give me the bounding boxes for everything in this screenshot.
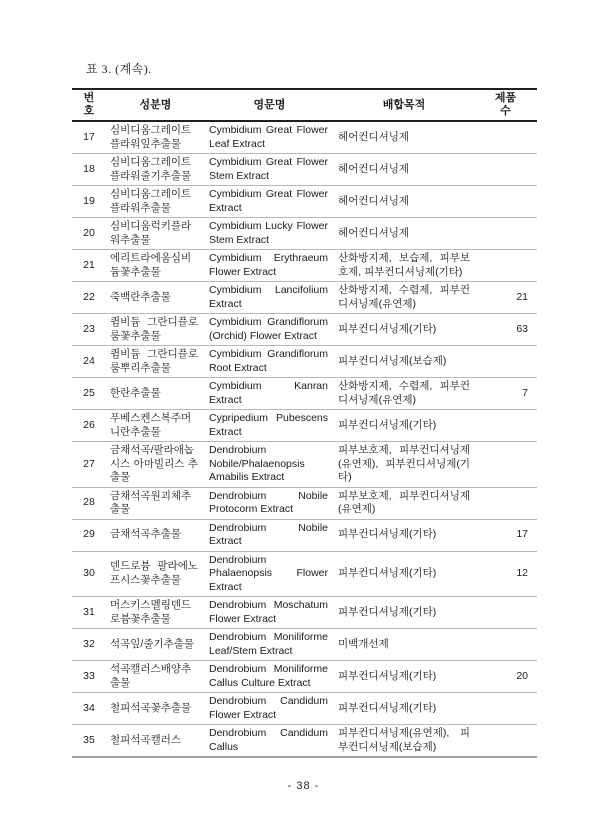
product-count-cell <box>474 597 537 629</box>
product-count-cell: 21 <box>474 282 537 314</box>
ingredient-name-kr-cell: 철피석곡꽃추출물 <box>106 693 205 725</box>
product-count-cell <box>474 442 537 488</box>
ingredient-name-kr-cell: 금채석곡/팔라애놉시스 아마빌리스 추출물 <box>106 442 205 488</box>
product-count-cell <box>474 629 537 661</box>
mixing-purpose-cell: 피부컨디셔닝제(기타) <box>334 661 474 693</box>
mixing-purpose-cell: 피부컨디셔닝제(기타) <box>334 519 474 551</box>
document-page: 표 3. (계속). 번호 성분명 영문명 배합목적 제품수 17 <box>0 0 607 830</box>
row-number-cell: 25 <box>72 378 106 410</box>
row-number-cell: 23 <box>72 314 106 346</box>
table-row: 35 철피석곡캘러스 Dendrobium Candidum Callus 피부… <box>72 725 537 758</box>
ingredient-name-kr-cell: 석곡캘러스배양추출물 <box>106 661 205 693</box>
mixing-purpose-cell: 헤어컨디셔닝제 <box>334 154 474 186</box>
ingredient-name-kr-cell: 머스키스멜링덴드로븀꽃추출물 <box>106 597 205 629</box>
col-header-english-name: 영문명 <box>205 89 334 121</box>
row-number-cell: 34 <box>72 693 106 725</box>
ingredient-name-kr-cell: 덴드로븀 팔라에노프시스꽃추출물 <box>106 551 205 597</box>
product-count-cell: 12 <box>474 551 537 597</box>
table-row: 33 석곡캘러스배양추출물 Dendrobium Moniliforme Cal… <box>72 661 537 693</box>
ingredient-name-en-cell: Cymbidium Great Flower Extract <box>205 186 334 218</box>
table-row: 31 머스키스멜링덴드로븀꽃추출물 Dendrobium Moschatum F… <box>72 597 537 629</box>
ingredient-name-en-cell: Dendrobium Candidum Callus <box>205 725 334 758</box>
mixing-purpose-cell: 피부컨디셔닝제(기타) <box>334 314 474 346</box>
ingredient-name-kr-cell: 심비디움그레이트플라워잎추출물 <box>106 121 205 154</box>
ingredient-name-en-cell: Cymbidium Grandiflorum Root Extract <box>205 346 334 378</box>
ingredient-name-kr-cell: 석곡잎/줄기추출물 <box>106 629 205 661</box>
col-header-ingredient-name: 성분명 <box>106 89 205 121</box>
table-row: 23 큄비듐 그란디플로룸꽃추출물 Cymbidium Grandiflorum… <box>72 314 537 346</box>
row-number-cell: 27 <box>72 442 106 488</box>
mixing-purpose-cell: 피부컨디셔닝제(기타) <box>334 551 474 597</box>
mixing-purpose-cell: 산화방지제, 수렴제, 피부컨디셔닝제(유연제) <box>334 282 474 314</box>
row-number-cell: 33 <box>72 661 106 693</box>
mixing-purpose-cell: 피부컨디셔닝제(유연제), 피부컨디셔닝제(보습제) <box>334 725 474 758</box>
product-count-cell <box>474 693 537 725</box>
col-header-product-count: 제품수 <box>474 89 537 121</box>
row-number-cell: 30 <box>72 551 106 597</box>
ingredient-name-kr-cell: 한란추출물 <box>106 378 205 410</box>
table-row: 18 심비디움그레이트플라워줄기추출물 Cymbidium Great Flow… <box>72 154 537 186</box>
mixing-purpose-cell: 헤어컨디셔닝제 <box>334 121 474 154</box>
ingredient-name-en-cell: Cymbidium Lucky Flower Stem Extract <box>205 218 334 250</box>
table-body: 17 심비디움그레이트플라워잎추출물 Cymbidium Great Flowe… <box>72 121 537 757</box>
ingredient-name-en-cell: Cymbidium Lancifolium Extract <box>205 282 334 314</box>
col-header-product-count-label: 제품수 <box>493 92 518 118</box>
mixing-purpose-cell: 미백개선제 <box>334 629 474 661</box>
mixing-purpose-cell: 헤어컨디셔닝제 <box>334 218 474 250</box>
ingredient-name-en-cell: Dendrobium Candidum Flower Extract <box>205 693 334 725</box>
product-count-cell: 7 <box>474 378 537 410</box>
mixing-purpose-cell: 피부컨디셔닝제(보습제) <box>334 346 474 378</box>
ingredient-name-en-cell: Dendrobium Nobile Extract <box>205 519 334 551</box>
mixing-purpose-cell: 피부컨디셔닝제(기타) <box>334 693 474 725</box>
product-count-cell <box>474 218 537 250</box>
row-number-cell: 19 <box>72 186 106 218</box>
table-row: 20 심비디움럭키플라워추출물 Cymbidium Lucky Flower S… <box>72 218 537 250</box>
table-row: 17 심비디움그레이트플라워잎추출물 Cymbidium Great Flowe… <box>72 121 537 154</box>
product-count-cell <box>474 487 537 519</box>
ingredient-name-kr-cell: 에리트라에움심비듐꽃추출물 <box>106 250 205 282</box>
table-header: 번호 성분명 영문명 배합목적 제품수 <box>72 89 537 121</box>
ingredient-name-kr-cell: 죽백란추출물 <box>106 282 205 314</box>
table-row: 34 철피석곡꽃추출물 Dendrobium Candidum Flower E… <box>72 693 537 725</box>
product-count-cell <box>474 154 537 186</box>
product-count-cell <box>474 346 537 378</box>
row-number-cell: 31 <box>72 597 106 629</box>
col-header-purpose: 배합목적 <box>334 89 474 121</box>
mixing-purpose-cell: 산화방지제, 수렴제, 피부컨디셔닝제(유연제) <box>334 378 474 410</box>
table-caption: 표 3. (계속). <box>86 60 152 77</box>
table-row: 22 죽백란추출물 Cymbidium Lancifolium Extract … <box>72 282 537 314</box>
row-number-cell: 21 <box>72 250 106 282</box>
ingredients-table: 번호 성분명 영문명 배합목적 제품수 17 심비디움그레이트플라워잎추출물 C… <box>72 88 537 758</box>
product-count-cell <box>474 121 537 154</box>
row-number-cell: 35 <box>72 725 106 758</box>
header-row: 번호 성분명 영문명 배합목적 제품수 <box>72 89 537 121</box>
ingredient-name-en-cell: Dendrobium Moniliforme Callus Culture Ex… <box>205 661 334 693</box>
col-header-number: 번호 <box>72 89 106 121</box>
mixing-purpose-cell: 헤어컨디셔닝제 <box>334 186 474 218</box>
page-number: - 38 - <box>0 780 607 792</box>
row-number-cell: 24 <box>72 346 106 378</box>
product-count-cell: 17 <box>474 519 537 551</box>
product-count-cell <box>474 410 537 442</box>
ingredient-name-kr-cell: 큄비듐 그란디플로룸꽃추출물 <box>106 314 205 346</box>
table-row: 25 한란추출물 Cymbidium Kanran Extract 산화방지제,… <box>72 378 537 410</box>
table-row: 29 금채석곡추출물 Dendrobium Nobile Extract 피부컨… <box>72 519 537 551</box>
ingredient-name-kr-cell: 심비디움럭키플라워추출물 <box>106 218 205 250</box>
ingredient-name-en-cell: Dendrobium Nobile Protocorm Extract <box>205 487 334 519</box>
table-row: 26 푸베스켄스복주머니란추출물 Cypripedium Pubescens E… <box>72 410 537 442</box>
mixing-purpose-cell: 산화방지제, 보습제, 피부보호제, 피부컨디셔닝제(기타) <box>334 250 474 282</box>
table-row: 24 큄비듐 그란디플로룸뿌리추출물 Cymbidium Grandifloru… <box>72 346 537 378</box>
ingredient-name-en-cell: Dendrobium Phalaenopsis Flower Extract <box>205 551 334 597</box>
ingredient-name-en-cell: Cymbidium Erythraeum Flower Extract <box>205 250 334 282</box>
product-count-cell: 20 <box>474 661 537 693</box>
product-count-cell <box>474 186 537 218</box>
mixing-purpose-cell: 피부보호제, 피부컨디셔닝제(유연제) <box>334 487 474 519</box>
ingredient-name-kr-cell: 심비디움그레이트플라워줄기추출물 <box>106 154 205 186</box>
table-row: 32 석곡잎/줄기추출물 Dendrobium Moniliforme Leaf… <box>72 629 537 661</box>
row-number-cell: 29 <box>72 519 106 551</box>
table-row: 21 에리트라에움심비듐꽃추출물 Cymbidium Erythraeum Fl… <box>72 250 537 282</box>
row-number-cell: 32 <box>72 629 106 661</box>
product-count-cell: 63 <box>474 314 537 346</box>
ingredient-name-kr-cell: 금채석곡원괴체추출물 <box>106 487 205 519</box>
ingredient-name-kr-cell: 철피석곡캘러스 <box>106 725 205 758</box>
ingredient-name-en-cell: Cymbidium Great Flower Leaf Extract <box>205 121 334 154</box>
table-row: 19 심비디움그레이트플라워추출물 Cymbidium Great Flower… <box>72 186 537 218</box>
product-count-cell <box>474 250 537 282</box>
table-row: 30 덴드로븀 팔라에노프시스꽃추출물 Dendrobium Phalaenop… <box>72 551 537 597</box>
ingredient-name-kr-cell: 금채석곡추출물 <box>106 519 205 551</box>
mixing-purpose-cell: 피부컨디셔닝제(기타) <box>334 410 474 442</box>
ingredient-name-kr-cell: 푸베스켄스복주머니란추출물 <box>106 410 205 442</box>
ingredient-name-en-cell: Dendrobium Nobile/Phalaenopsis Amabilis … <box>205 442 334 488</box>
ingredient-name-en-cell: Cymbidium Kanran Extract <box>205 378 334 410</box>
row-number-cell: 26 <box>72 410 106 442</box>
table-row: 28 금채석곡원괴체추출물 Dendrobium Nobile Protocor… <box>72 487 537 519</box>
mixing-purpose-cell: 피부보호제, 피부컨디셔닝제(유연제), 피부컨디셔닝제(기타) <box>334 442 474 488</box>
row-number-cell: 22 <box>72 282 106 314</box>
row-number-cell: 28 <box>72 487 106 519</box>
row-number-cell: 20 <box>72 218 106 250</box>
product-count-cell <box>474 725 537 758</box>
ingredient-name-en-cell: Cypripedium Pubescens Extract <box>205 410 334 442</box>
ingredient-name-en-cell: Cymbidium Grandiflorum (Orchid) Flower E… <box>205 314 334 346</box>
ingredient-name-kr-cell: 심비디움그레이트플라워추출물 <box>106 186 205 218</box>
col-header-number-label: 번호 <box>83 92 96 118</box>
table-row: 27 금채석곡/팔라애놉시스 아마빌리스 추출물 Dendrobium Nobi… <box>72 442 537 488</box>
row-number-cell: 18 <box>72 154 106 186</box>
ingredient-name-en-cell: Dendrobium Moschatum Flower Extract <box>205 597 334 629</box>
ingredient-name-en-cell: Cymbidium Great Flower Stem Extract <box>205 154 334 186</box>
ingredient-name-en-cell: Dendrobium Moniliforme Leaf/Stem Extract <box>205 629 334 661</box>
ingredient-name-kr-cell: 큄비듐 그란디플로룸뿌리추출물 <box>106 346 205 378</box>
row-number-cell: 17 <box>72 121 106 154</box>
mixing-purpose-cell: 피부컨디셔닝제(기타) <box>334 597 474 629</box>
